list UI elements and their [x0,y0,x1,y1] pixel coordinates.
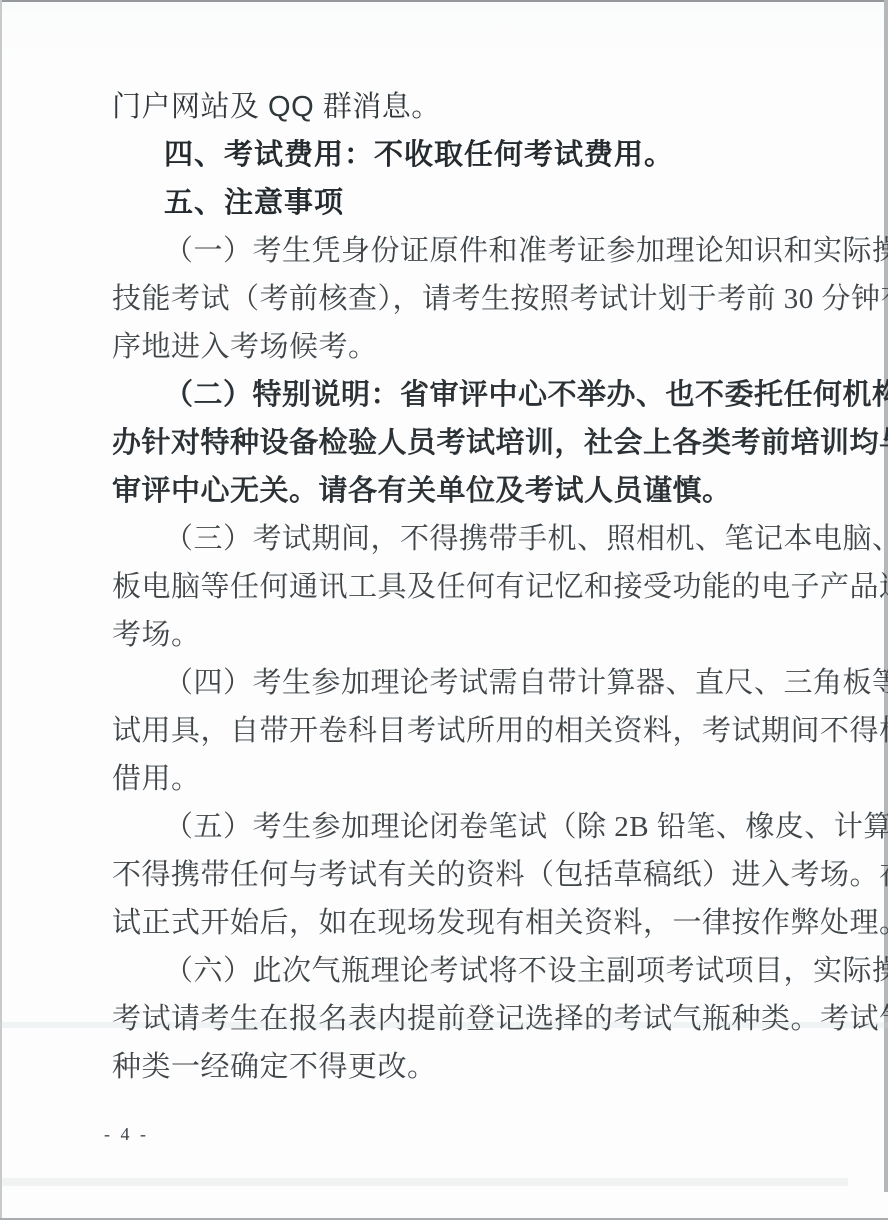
text-line: 门户网站及 QQ 群消息。 [112,83,802,131]
scan-artifact-streak [0,1178,848,1186]
paragraph-item-6: （六）此次气瓶理论考试将不设主副项考试项目，实际操作 考试请考生在报名表内提前登… [112,947,802,1091]
heading-section-five: 五、注意事项 [112,179,802,227]
text-line: 序地进入考场候考。 [112,323,802,371]
text-line: 不得携带任何与考试有关的资料（包括草稿纸）进入考场。在考 [112,851,802,899]
document-text-block: 门户网站及 QQ 群消息。 四、考试费用：不收取任何考试费用。 五、注意事项 （… [112,83,802,1091]
text-line: （五）考生参加理论闭卷笔试（除 2B 铅笔、橡皮、计算器外） [112,803,802,851]
text-line: 考场。 [112,611,802,659]
text-line: （三）考试期间，不得携带手机、照相机、笔记本电脑、平 [112,515,802,563]
paragraph-item-5: （五）考生参加理论闭卷笔试（除 2B 铅笔、橡皮、计算器外） 不得携带任何与考试… [112,803,802,947]
page-number: - 4 - [104,1124,149,1145]
text-line: （一）考生凭身份证原件和准考证参加理论知识和实际操作 [112,227,802,275]
paragraph-item-4: （四）考生参加理论考试需自带计算器、直尺、三角板等考 试用具，自带开卷科目考试所… [112,659,802,803]
text-line: 办针对特种设备检验人员考试培训，社会上各类考前培训均与省 [112,419,802,467]
heading-line: 五、注意事项 [112,179,802,227]
text-line: 审评中心无关。请各有关单位及考试人员谨慎。 [112,467,802,515]
scan-edge-left [0,0,2,1220]
text-line: （四）考生参加理论考试需自带计算器、直尺、三角板等考 [112,659,802,707]
scanned-document-page: 门户网站及 QQ 群消息。 四、考试费用：不收取任何考试费用。 五、注意事项 （… [0,0,888,1220]
text-line: （二）特别说明：省审评中心不举办、也不委托任何机构举 [112,371,802,419]
heading-line: 四、考试费用：不收取任何考试费用。 [112,131,802,179]
text-line: 种类一经确定不得更改。 [112,1043,802,1091]
text-line: （六）此次气瓶理论考试将不设主副项考试项目，实际操作 [112,947,802,995]
scan-edge-top [0,0,888,2]
text-line: 技能考试（考前核查），请考生按照考试计划于考前 30 分钟有秩 [112,275,802,323]
paragraph-item-2-special-note: （二）特别说明：省审评中心不举办、也不委托任何机构举 办针对特种设备检验人员考试… [112,371,802,515]
heading-section-four: 四、考试费用：不收取任何考试费用。 [112,131,802,179]
text-line: 板电脑等任何通讯工具及任何有记忆和接受功能的电子产品进入 [112,563,802,611]
text-line: 试用具，自带开卷科目考试所用的相关资料，考试期间不得相互 [112,707,802,755]
paragraph-continuation: 门户网站及 QQ 群消息。 [112,83,802,131]
text-line: 考试请考生在报名表内提前登记选择的考试气瓶种类。考试气瓶 [112,995,802,1043]
text-line: 试正式开始后，如在现场发现有相关资料，一律按作弊处理。 [112,899,802,947]
text-line: 借用。 [112,755,802,803]
paragraph-item-1: （一）考生凭身份证原件和准考证参加理论知识和实际操作 技能考试（考前核查），请考… [112,227,802,371]
paragraph-item-3: （三）考试期间，不得携带手机、照相机、笔记本电脑、平 板电脑等任何通讯工具及任何… [112,515,802,659]
